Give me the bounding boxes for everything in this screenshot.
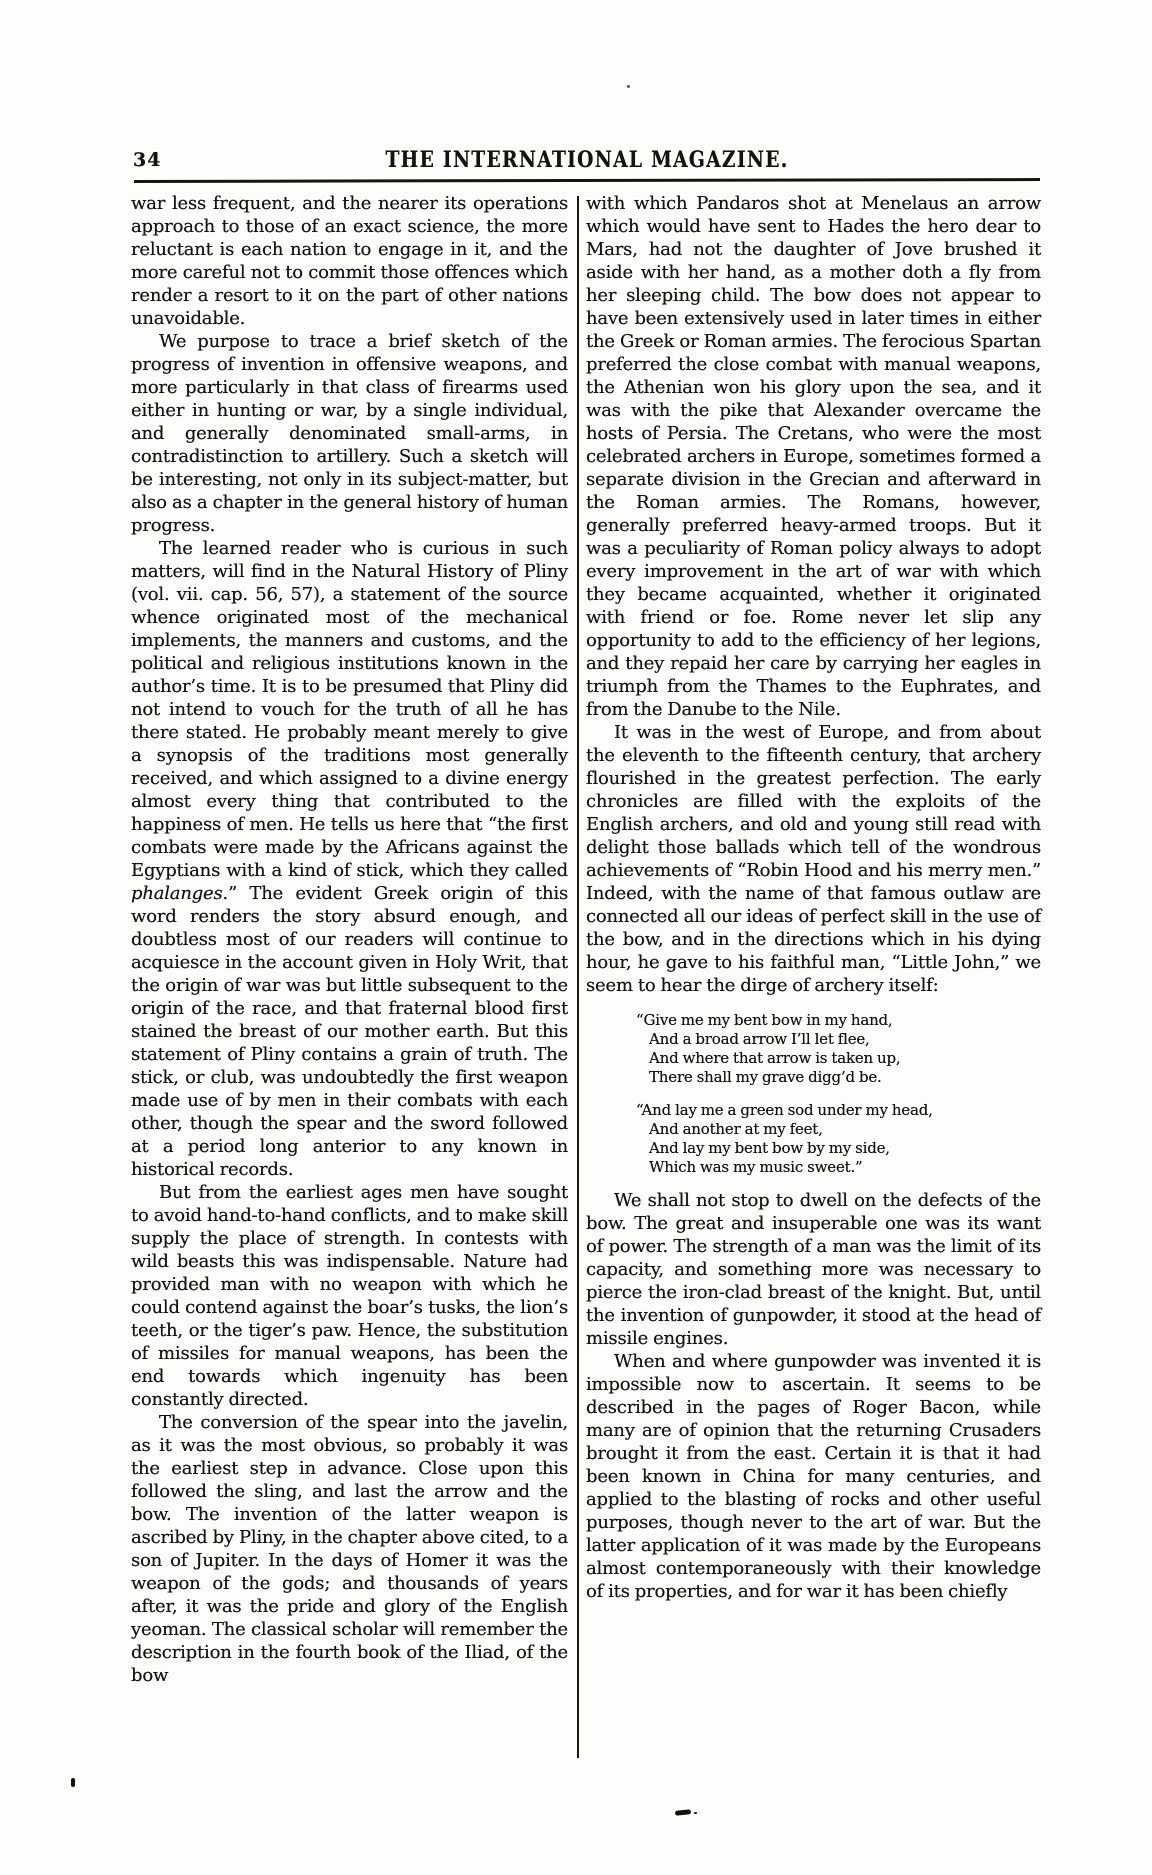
verse-line: And another at my feet, — [636, 1120, 1041, 1139]
paragraph-run: When and where gunpowder was invented it… — [586, 1351, 1041, 1602]
verse-line: There shall my grave digg’d be. — [636, 1068, 1041, 1087]
verse-line: “And lay me a green sod under my head, — [636, 1101, 1041, 1120]
ink-smudge-bottom-center — [675, 1809, 691, 1816]
column-divider — [577, 196, 579, 1758]
paragraph-run: It was in the west of Europe, and from a… — [586, 722, 1041, 996]
paragraph: When and where gunpowder was invented it… — [586, 1350, 1041, 1603]
paragraph-run: But from the earliest ages men have soug… — [131, 1182, 568, 1410]
paragraph-run: .” The evident Greek origin of this word… — [131, 883, 568, 1180]
page-number: 34 — [133, 149, 161, 171]
left-column: war less frequent, and the nearer its op… — [131, 192, 568, 1687]
paragraph-run: with which Pandaros shot at Menelaus an … — [586, 193, 1041, 720]
paragraph: war less frequent, and the nearer its op… — [131, 192, 568, 330]
ballad-stanza: “Give me my bent bow in my hand,And a br… — [636, 1011, 1041, 1087]
paragraph: We shall not stop to dwell on the defect… — [586, 1189, 1041, 1350]
header-rule — [134, 178, 1040, 183]
paragraph: But from the earliest ages men have soug… — [131, 1181, 568, 1411]
paragraph-run: We purpose to trace a brief sketch of th… — [131, 331, 568, 536]
ballad-stanza: “And lay me a green sod under my head,An… — [636, 1101, 1041, 1177]
magazine-page: 34 THE INTERNATIONAL MAGAZINE. war less … — [0, 0, 1152, 1875]
verse-line: And lay my bent bow by my side, — [636, 1139, 1041, 1158]
verse-line: Which was my music sweet.” — [636, 1158, 1041, 1177]
ink-dot-bottom-center — [694, 1812, 697, 1814]
paragraph: We purpose to trace a brief sketch of th… — [131, 330, 568, 537]
verse-line: And a broad arrow I’ll let flee, — [636, 1030, 1041, 1049]
paragraph-run: phalanges — [131, 883, 223, 904]
verse-line: “Give me my bent bow in my hand, — [636, 1011, 1041, 1030]
right-column: with which Pandaros shot at Menelaus an … — [586, 192, 1041, 1603]
paragraph: It was in the west of Europe, and from a… — [586, 721, 1041, 997]
ink-speck-bottom-left — [71, 1778, 75, 1787]
ink-speck-top — [627, 85, 630, 88]
paragraph-run: The conversion of the spear into the jav… — [131, 1412, 568, 1686]
paragraph: The conversion of the spear into the jav… — [131, 1411, 568, 1687]
magazine-title: THE INTERNATIONAL MAGAZINE. — [201, 147, 973, 173]
paragraph: The learned reader who is curious in suc… — [131, 537, 568, 1181]
verse-line: And where that arrow is taken up, — [636, 1049, 1041, 1068]
paragraph-run: The learned reader who is curious in suc… — [131, 538, 568, 881]
paragraph: with which Pandaros shot at Menelaus an … — [586, 192, 1041, 721]
paragraph-run: war less frequent, and the nearer its op… — [131, 193, 568, 329]
paragraph-run: We shall not stop to dwell on the defect… — [586, 1190, 1041, 1349]
